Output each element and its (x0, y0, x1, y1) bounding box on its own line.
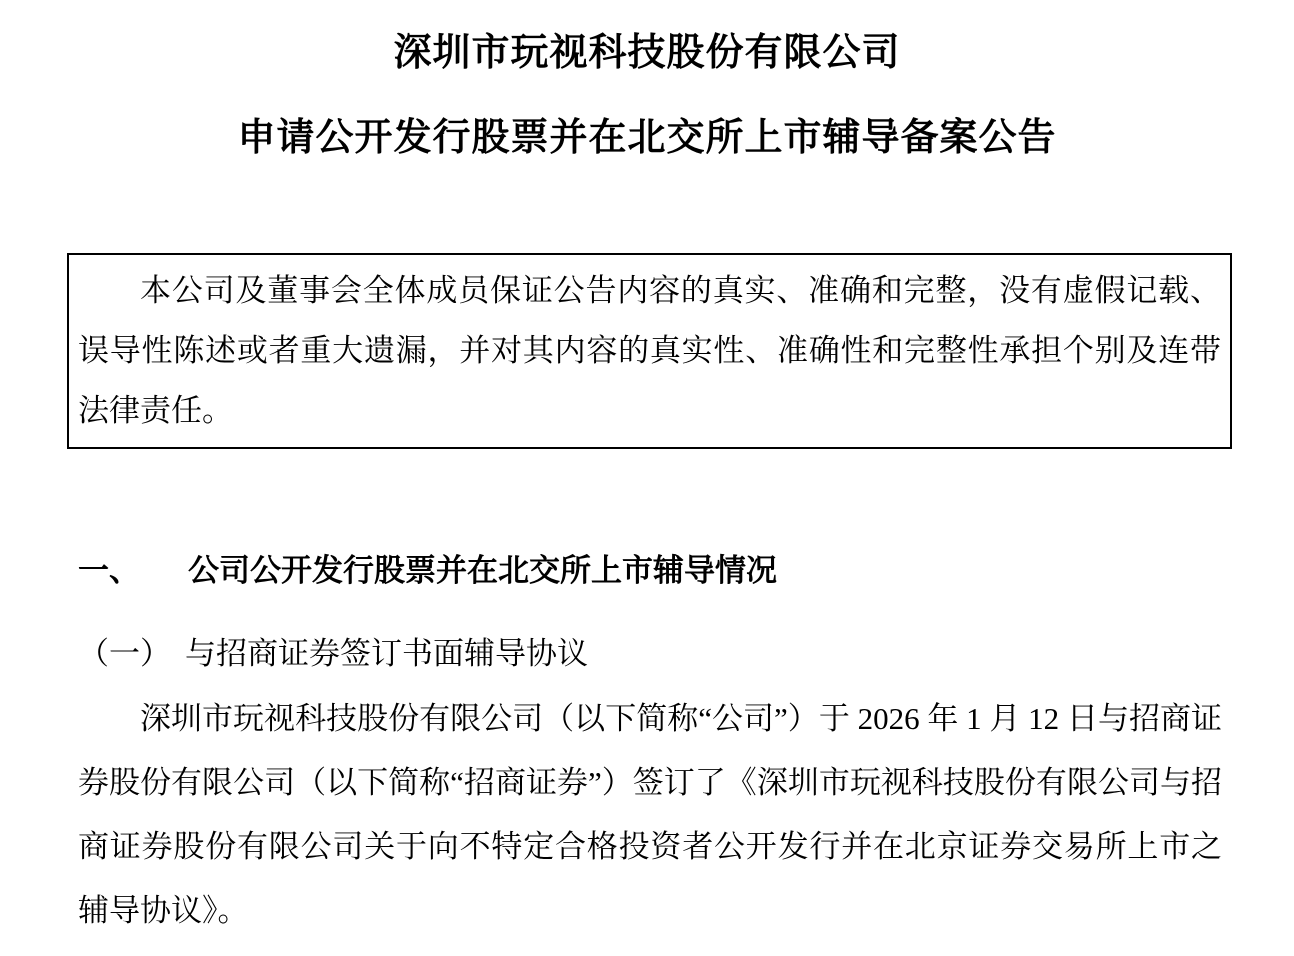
section-1-heading: 一、公司公开发行股票并在北交所上市辅导情况 (78, 550, 1232, 592)
section-1-title: 公司公开发行股票并在北交所上市辅导情况 (188, 553, 777, 588)
section-1-number: 一、 (78, 550, 188, 592)
document-title: 深圳市玩视科技股份有限公司 (0, 0, 1294, 76)
disclaimer-box: 本公司及董事会全体成员保证公告内容的真实、准确和完整，没有虚假记载、误导性陈述或… (67, 253, 1232, 449)
subsection-1-heading: （一）与招商证券签订书面辅导协议 (78, 633, 1232, 675)
body-paragraph-1: 深圳市玩视科技股份有限公司（以下简称“公司”）于 2026 年 1 月 12 日… (78, 687, 1222, 943)
subsection-1-number: （一） (78, 633, 185, 675)
document-subtitle: 申请公开发行股票并在北交所上市辅导备案公告 (0, 115, 1294, 161)
subsection-1-title: 与招商证券签订书面辅导协议 (185, 636, 588, 671)
announcement-document: 深圳市玩视科技股份有限公司 申请公开发行股票并在北交所上市辅导备案公告 本公司及… (0, 0, 1294, 956)
disclaimer-text: 本公司及董事会全体成员保证公告内容的真实、准确和完整，没有虚假记载、误导性陈述或… (78, 261, 1221, 441)
